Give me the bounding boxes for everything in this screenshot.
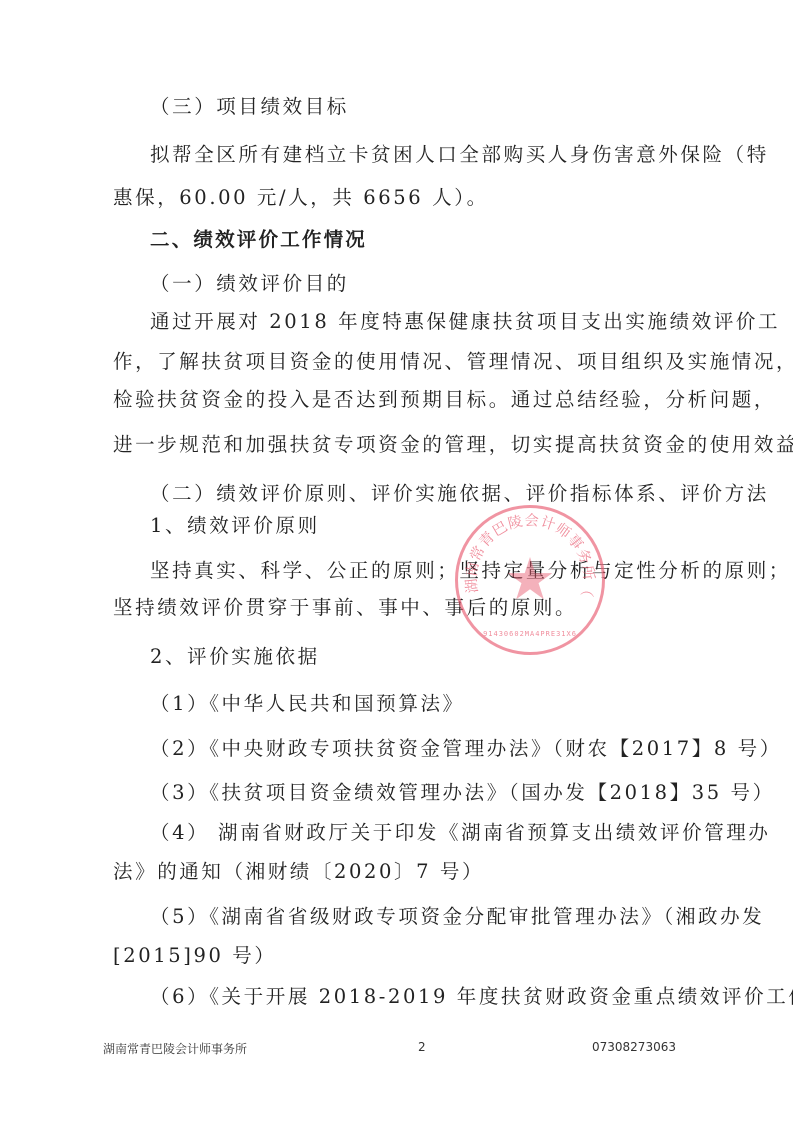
text-line: （三）项目绩效目标 bbox=[150, 95, 683, 119]
text-line: （5）《湖南省省级财政专项资金分配审批管理办法》（湘政办发 bbox=[150, 905, 683, 929]
text-line: 进一步规范和加强扶贫专项资金的管理，切实提高扶贫资金的使用效益。 bbox=[113, 433, 683, 457]
star-icon: ★ bbox=[504, 550, 556, 608]
text-line: 通过开展对 2018 年度特惠保健康扶贫项目支出实施绩效评价工 bbox=[150, 310, 683, 334]
footer-page-number: 2 bbox=[418, 1040, 426, 1054]
text-line: （3）《扶贫项目资金绩效管理办法》（国办发【2018】35 号） bbox=[150, 781, 683, 805]
text-line: 作，了解扶贫项目资金的使用情况、管理情况、项目组织及实施情况， bbox=[113, 350, 683, 374]
text-line: （一）绩效评价目的 bbox=[150, 272, 683, 296]
footer-phone: 07308273063 bbox=[592, 1040, 676, 1054]
text-line: （6）《关于开展 2018-2019 年度扶贫财政资金重点绩效评价工作 bbox=[150, 985, 683, 1009]
text-line: （2）《中央财政专项扶贫资金管理办法》（财农【2017】8 号） bbox=[150, 737, 683, 761]
text-line: 2、评价实施依据 bbox=[150, 645, 683, 669]
text-line: 检验扶贫资金的投入是否达到预期目标。通过总结经验，分析问题， bbox=[113, 388, 683, 412]
document-page: （三）项目绩效目标拟帮全区所有建档立卡贫困人口全部购买人身伤害意外保险（特惠保，… bbox=[0, 0, 793, 1121]
text-line: 惠保，60.00 元/人，共 6656 人）。 bbox=[113, 186, 683, 210]
text-line: 拟帮全区所有建档立卡贫困人口全部购买人身伤害意外保险（特 bbox=[150, 143, 683, 167]
text-line: （4） 湖南省财政厅关于印发《湖南省预算支出绩效评价管理办 bbox=[150, 821, 683, 845]
section-heading: 二、绩效评价工作情况 bbox=[150, 228, 683, 252]
seal-registration-code: 91430602MA4PRE31X6 bbox=[483, 630, 577, 638]
text-line: [2015]90 号） bbox=[113, 944, 683, 968]
text-line: （二）绩效评价原则、评价实施依据、评价指标体系、评价方法 bbox=[150, 482, 683, 506]
text-line: 1、绩效评价原则 bbox=[150, 514, 683, 538]
text-line: 法》的通知（湘财绩〔2020〕7 号） bbox=[113, 860, 683, 884]
text-line: （1）《中华人民共和国预算法》 bbox=[150, 692, 683, 716]
footer-firm-name: 湖南常青巴陵会计师事务所 bbox=[103, 1040, 247, 1057]
official-seal: 湖南常青巴陵会计师事务所（普通合伙） ★ 91430602MA4PRE31X6 bbox=[455, 505, 605, 655]
